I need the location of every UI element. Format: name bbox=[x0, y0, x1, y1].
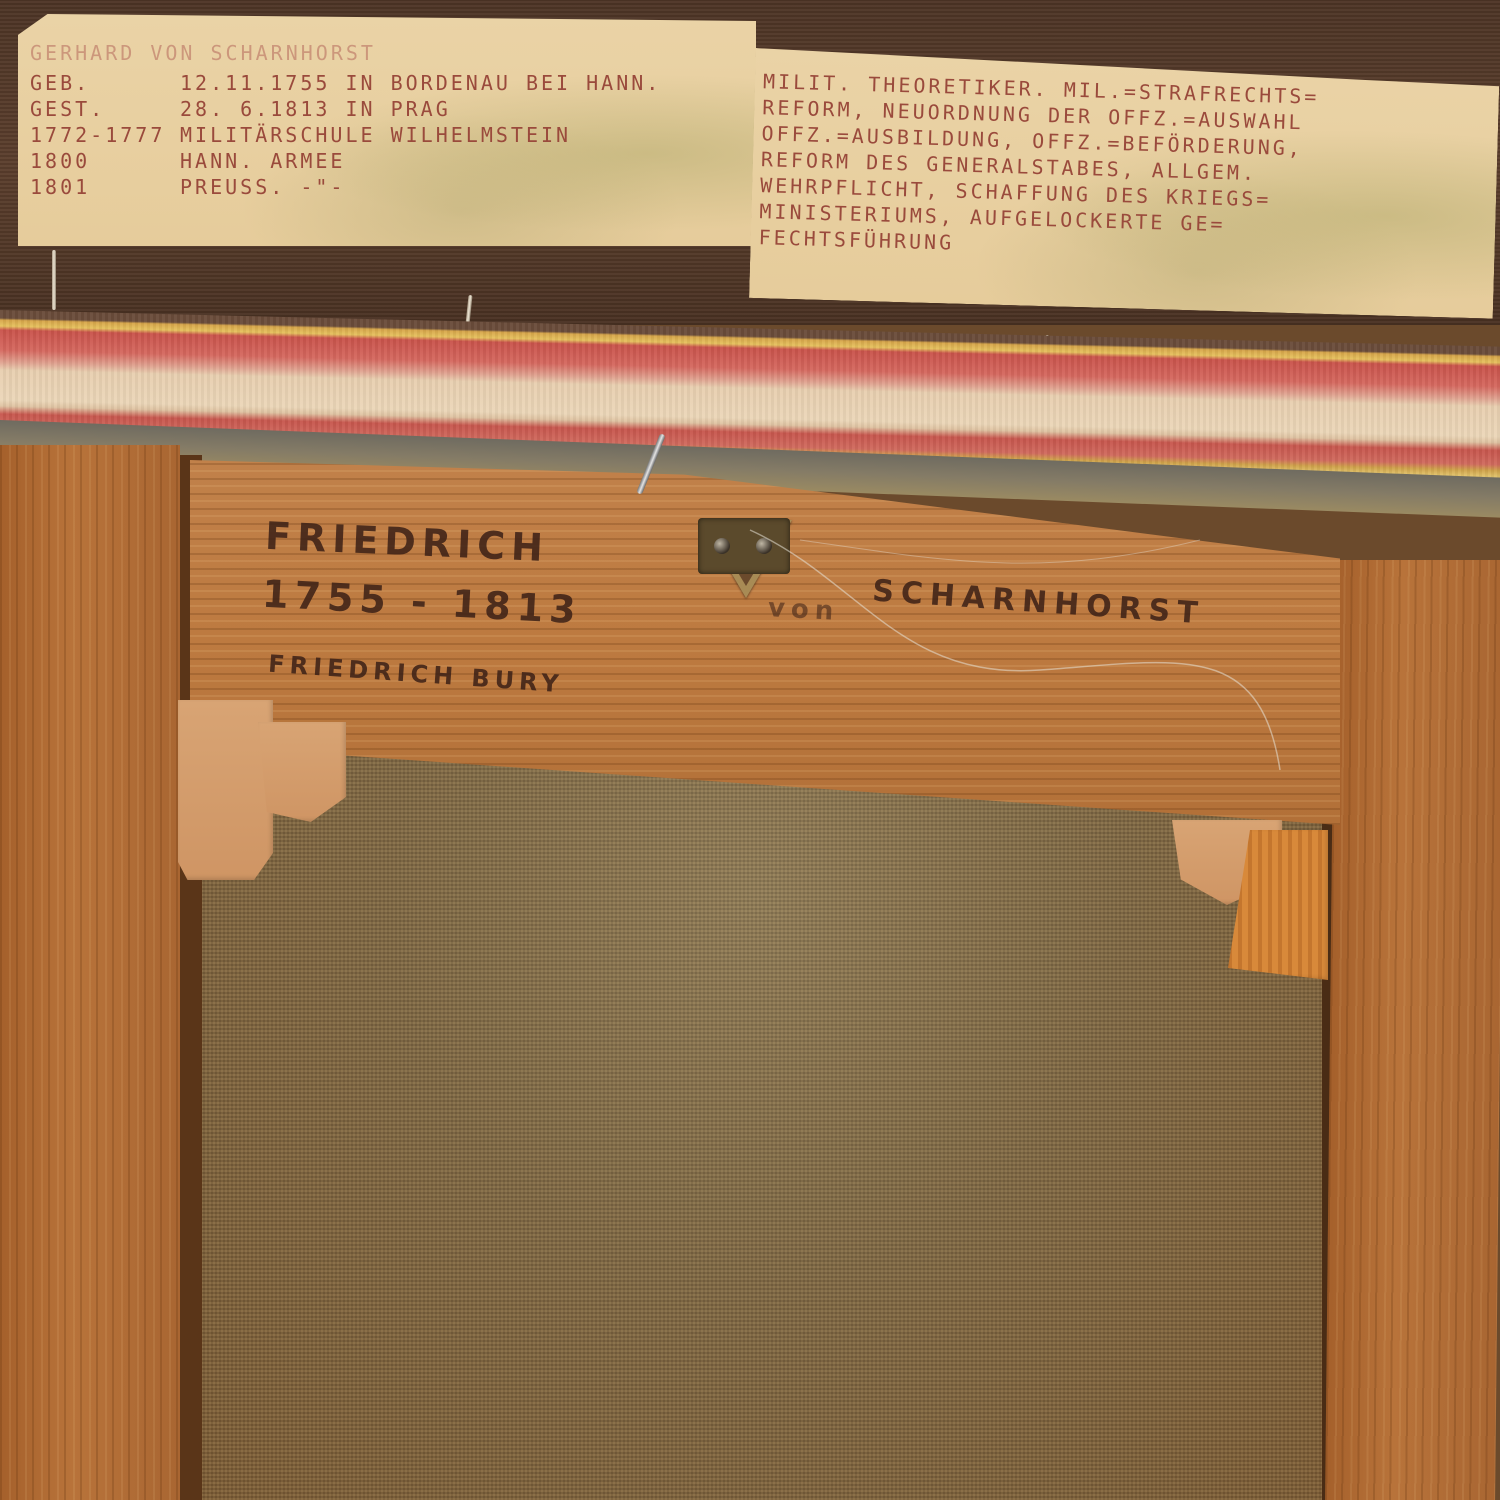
rivet-icon bbox=[756, 538, 772, 554]
label-row: Gest. 28. 6.1813 in Prag bbox=[30, 96, 756, 122]
label-row: 1801 Preuss. -"- bbox=[30, 174, 756, 200]
label-row: Geb. 12.11.1755 in Bordenau bei Hann. bbox=[30, 70, 756, 96]
label-row-key: 1772-1777 bbox=[30, 122, 180, 148]
label-row-key: Gest. bbox=[30, 96, 180, 122]
label-row-key: 1800 bbox=[30, 148, 180, 174]
label-row-text: 12.11.1755 in Bordenau bei Hann. bbox=[180, 70, 661, 96]
label-row-key: 1801 bbox=[30, 174, 180, 200]
hanger-plate bbox=[698, 518, 790, 574]
inscription-particle: von bbox=[767, 593, 840, 627]
linen-canvas bbox=[185, 740, 1330, 1500]
stretcher-bar-right bbox=[1325, 560, 1500, 1500]
label-row-text: 28. 6.1813 in Prag bbox=[180, 96, 451, 122]
biography-label: Gerhard von Scharnhorst Geb. 12.11.1755 … bbox=[18, 14, 756, 246]
label-row-text: Preuss. -"- bbox=[180, 174, 345, 200]
stretcher-bar-left bbox=[0, 445, 180, 1500]
label-row-key: Geb. bbox=[30, 70, 180, 96]
achievements-label: Milit. Theoretiker. Mil.=Strafrechts= Re… bbox=[749, 48, 1500, 319]
frame-nail-icon bbox=[52, 250, 56, 310]
label-heading: Gerhard von Scharnhorst bbox=[30, 40, 756, 66]
rivet-icon bbox=[714, 538, 730, 554]
label-row-text: Hann. Armee bbox=[180, 148, 345, 174]
label-row: 1800 Hann. Armee bbox=[30, 148, 756, 174]
label-row: 1772-1777 Militärschule Wilhelmstein bbox=[30, 122, 756, 148]
label-row-text: Militärschule Wilhelmstein bbox=[180, 122, 571, 148]
